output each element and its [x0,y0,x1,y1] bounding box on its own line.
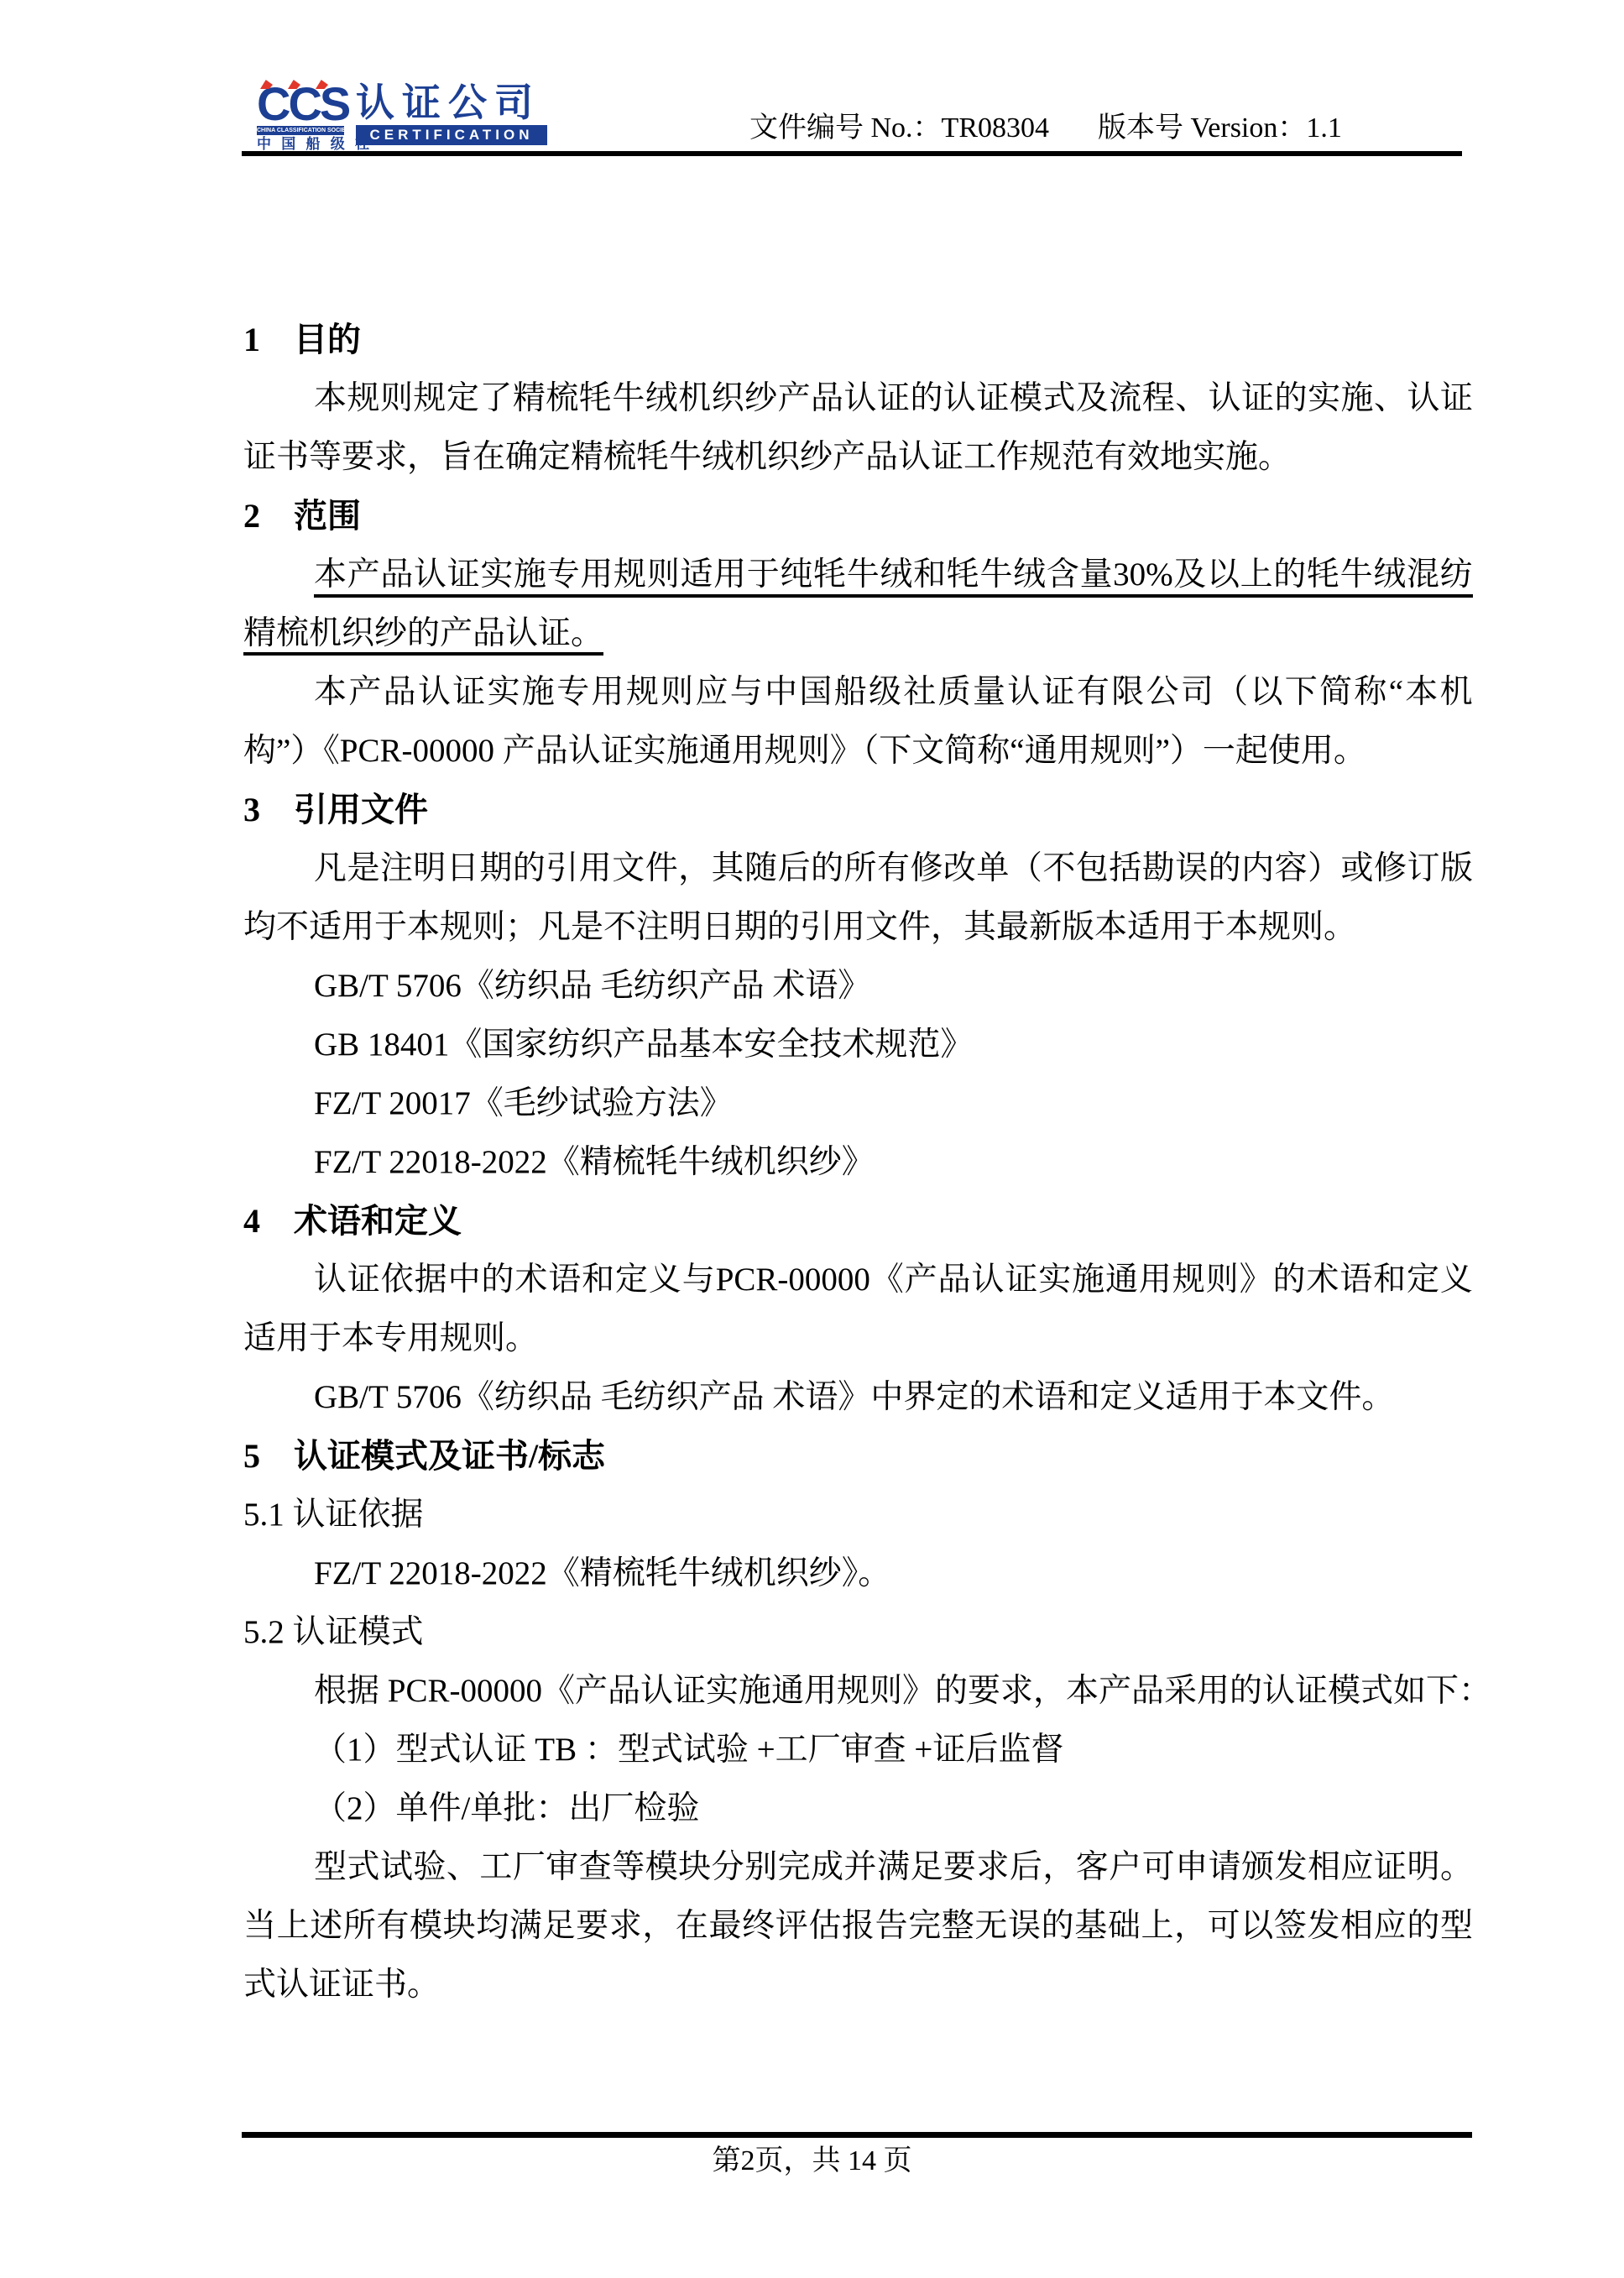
ccs-logo: CCS CHINA CLASSIFICATION SOCIETY 中 国 船 级… [257,85,547,153]
certification-label: CERTIFICATION [356,125,547,145]
text-line: GB/T 5706《纺织品 毛纺织产品 术语》 [243,957,1473,1016]
text-line: FZ/T 22018-2022《精梳牦牛绒机织纱》。 [243,1544,1473,1603]
text-line: 均不适用于本规则；凡是不注明日期的引用文件，其最新版本适用于本规则。 [243,898,1473,957]
document-meta: 文件编号 No.：TR08304 版本号 Version：1.1 [749,110,1342,147]
ccs-logo-left: CCS CHINA CLASSIFICATION SOCIETY 中 国 船 级… [257,85,344,153]
society-name-cn: 中 国 船 级 社 [257,136,344,153]
text-line: 型式试验、工厂审查等模块分别完成并满足要求后，客户可申请颁发相应证明。 [243,1838,1473,1897]
text-line: （1）型式认证 TB ：型式试验 +工厂审查 +证后监督 [243,1721,1473,1779]
text-line: GB 18401《国家纺织产品基本安全技术规范》 [243,1016,1473,1074]
company-name-cn: 认证公司 [356,85,547,122]
ccs-logo-right: 认证公司 CERTIFICATION [356,85,547,145]
text-line: 式认证证书。 [243,1956,1473,2014]
header-rule [242,151,1462,156]
text-line: FZ/T 20017《毛纱试验方法》 [243,1074,1473,1133]
text-line: 5.1 认证依据 [243,1486,1473,1544]
text-line: 本产品认证实施专用规则适用于纯牦牛绒和牦牛绒含量30%及以上的牦牛绒混纺 [243,546,1473,604]
text-line: 凡是注明日期的引用文件，其随后的所有修改单（不包括勘误的内容）或修订版 [243,839,1473,898]
text-line: （2）单件/单批：出厂检验 [243,1779,1473,1838]
text-line: 当上述所有模块均满足要求，在最终评估报告完整无误的基础上，可以签发相应的型 [243,1897,1473,1956]
text-line: 适用于本专用规则。 [243,1309,1473,1368]
section-heading: 1 目的 [243,311,1473,369]
section-heading: 4 术语和定义 [243,1192,1473,1251]
text-line: 本产品认证实施专用规则应与中国船级社质量认证有限公司（以下简称“本机 [243,663,1473,722]
ccs-logo-text: CCS [257,85,344,123]
text-line: 本规则规定了精梳牦牛绒机织纱产品认证的认证模式及流程、认证的实施、认证 [243,369,1473,428]
doc-version: 版本号 Version：1.1 [1098,110,1342,147]
text-line: 精梳机织纱的产品认证。 [243,604,1473,663]
section-heading: 5 认证模式及证书/标志 [243,1427,1473,1486]
doc-number: 文件编号 No.：TR08304 [749,110,1049,147]
section-heading: 2 范围 [243,487,1473,546]
page-number: 第2页，共 14 页 [0,2143,1624,2180]
text-line: FZ/T 22018-2022《精梳牦牛绒机织纱》 [243,1133,1473,1192]
text-line: GB/T 5706《纺织品 毛纺织产品 术语》中界定的术语和定义适用于本文件。 [243,1368,1473,1427]
text-line: 根据 PCR-00000《产品认证实施通用规则》的要求，本产品采用的认证模式如下… [243,1662,1473,1721]
text-line: 认证依据中的术语和定义与PCR-00000《产品认证实施通用规则》的术语和定义 [243,1251,1473,1309]
document-page: CCS CHINA CLASSIFICATION SOCIETY 中 国 船 级… [0,0,1624,2278]
text-line: 5.2 认证模式 [243,1603,1473,1662]
text-line: 构”）《PCR-00000 产品认证实施通用规则》（下文简称“通用规则”）一起使… [243,722,1473,781]
document-body: 1 目的本规则规定了精梳牦牛绒机织纱产品认证的认证模式及流程、认证的实施、认证证… [243,311,1473,2107]
text-line: 证书等要求，旨在确定精梳牦牛绒机织纱产品认证工作规范有效地实施。 [243,428,1473,487]
footer-rule [242,2132,1472,2138]
section-heading: 3 引用文件 [243,781,1473,839]
